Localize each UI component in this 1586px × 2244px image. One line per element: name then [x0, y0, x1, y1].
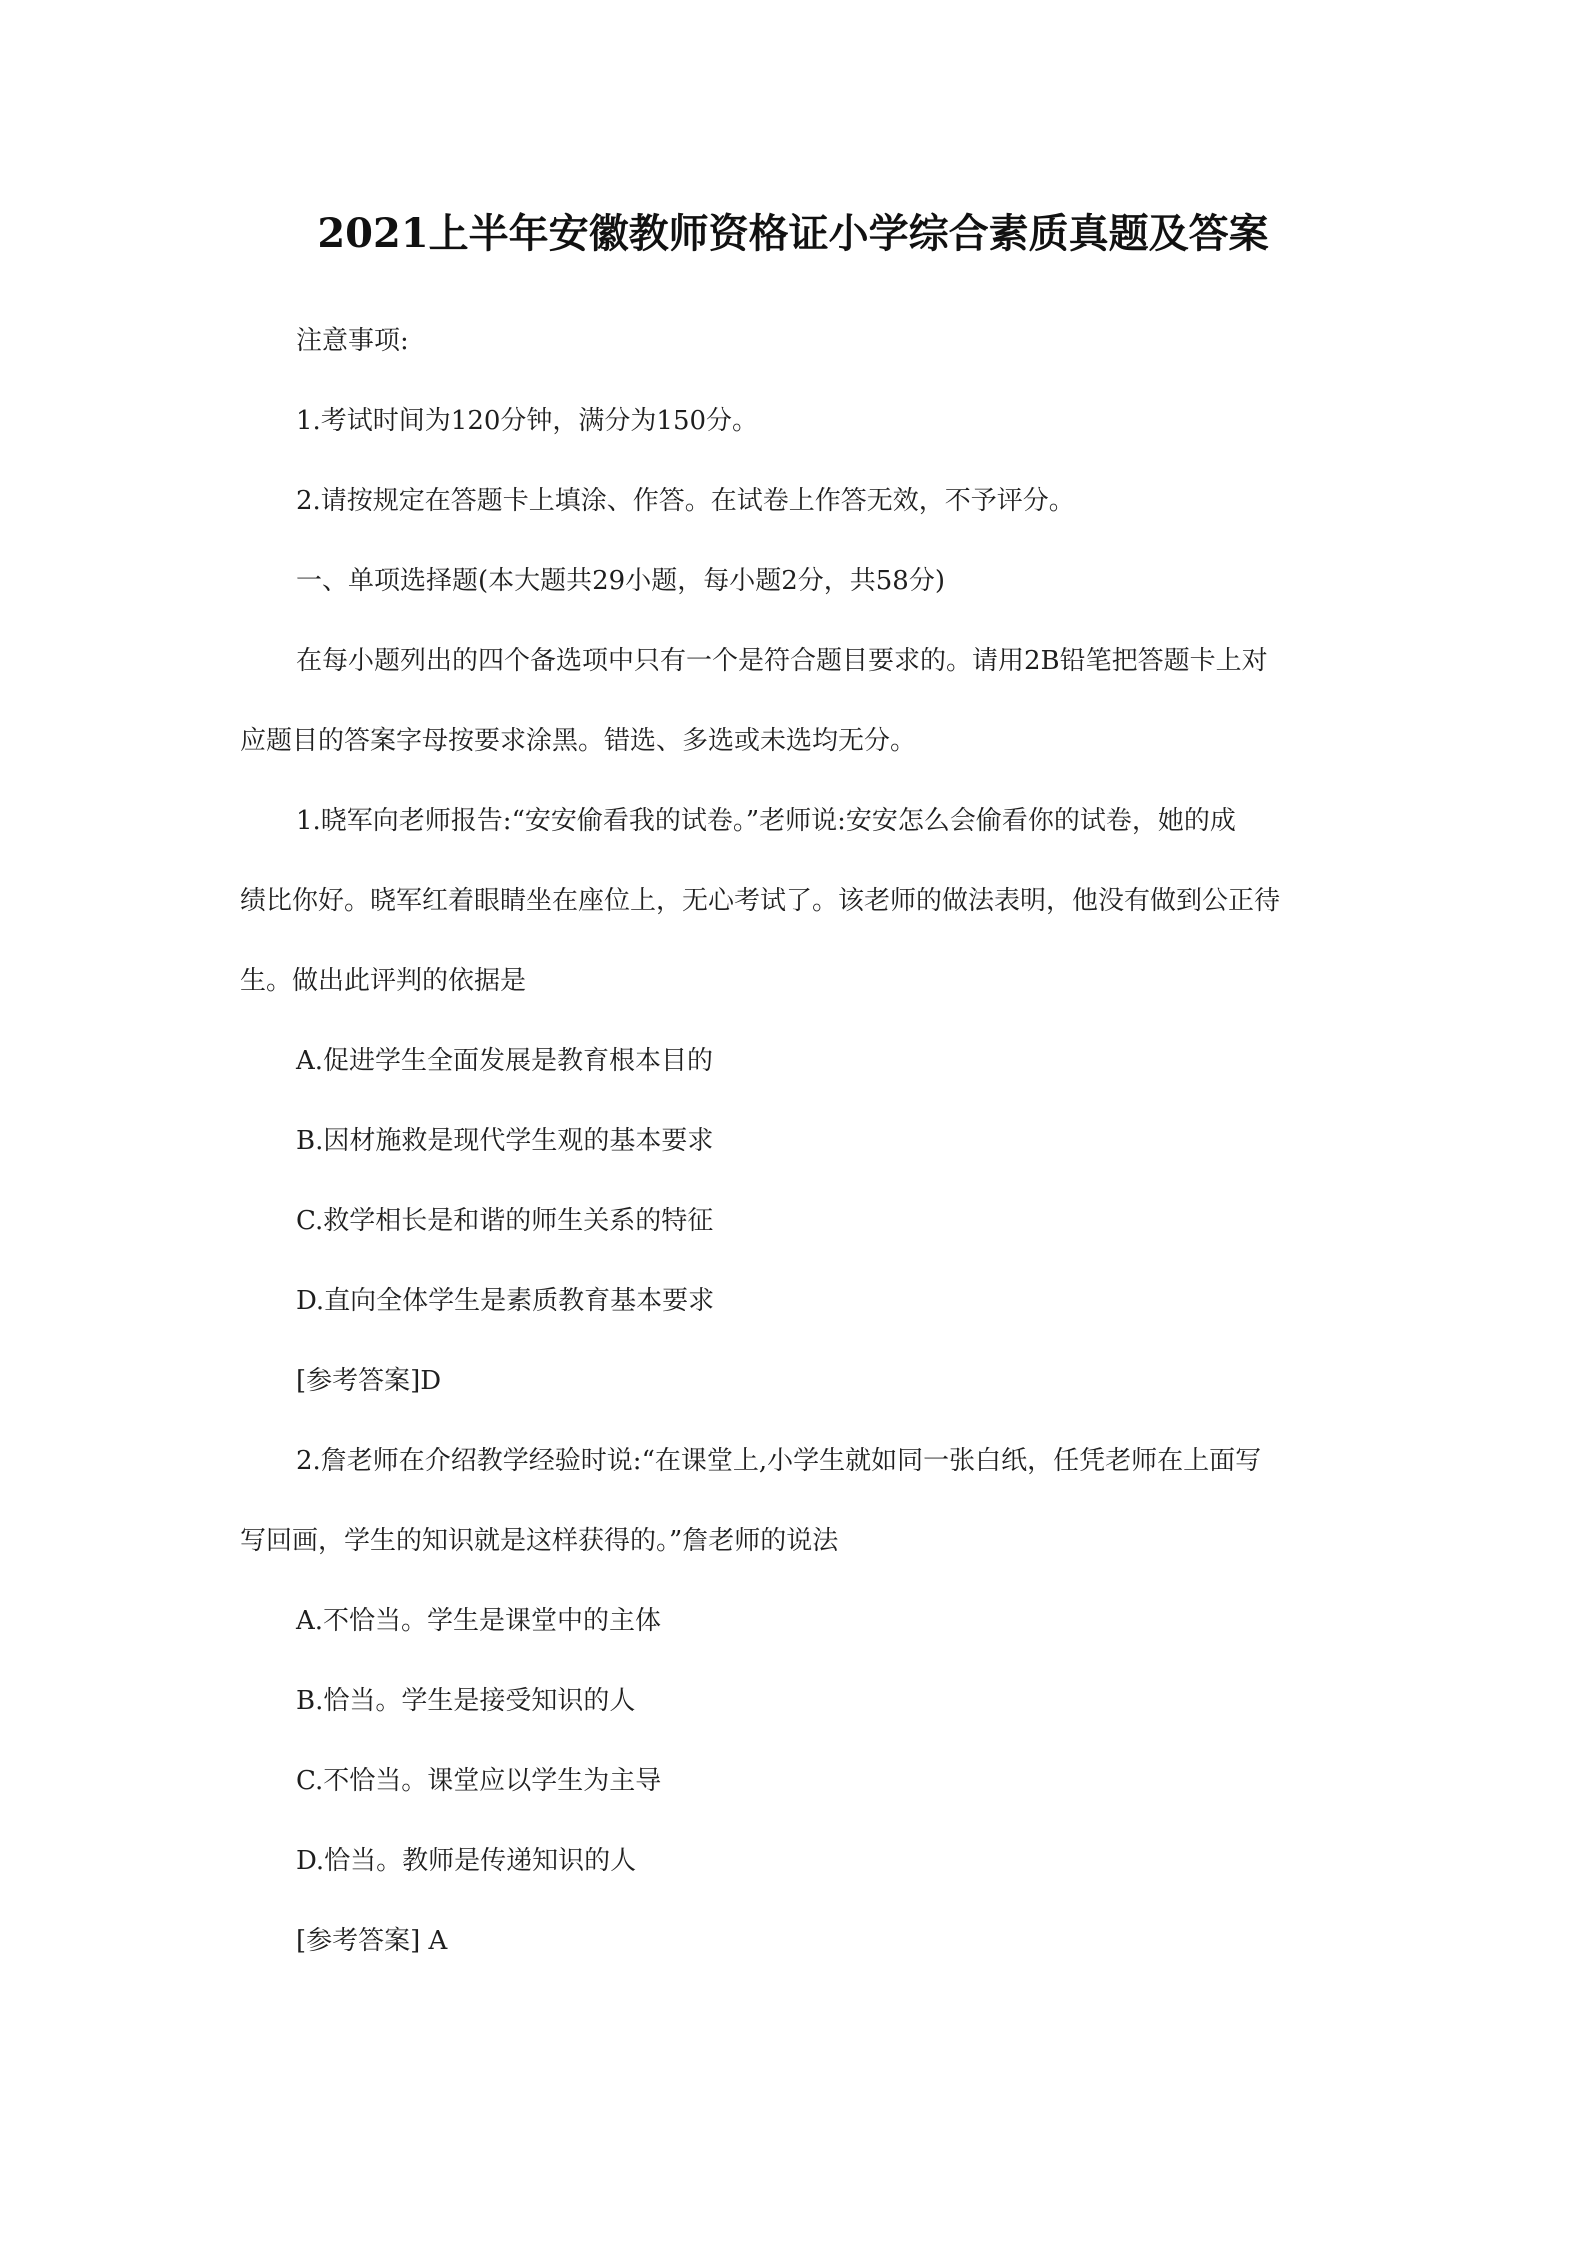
question-option: D.恰当。教师是传递知识的人 [296, 1843, 636, 1879]
question-answer: [参考答案]D [296, 1363, 441, 1399]
question-answer: [参考答案] A [296, 1923, 447, 1959]
question-stem: 1.晓军向老师报告:“安安偷看我的试卷。”老师说:安安怎么会偷看你的试卷，她的成 [296, 803, 1236, 839]
question-option: B.恰当。学生是接受知识的人 [296, 1683, 635, 1719]
question-option: C.救学相长是和谐的师生关系的特征 [296, 1203, 713, 1239]
document-title: 2021上半年安徽教师资格证小学综合素质真题及答案 [0, 206, 1586, 262]
document-page: 2021上半年安徽教师资格证小学综合素质真题及答案 注意事项: 1.考试时间为1… [0, 0, 1586, 2244]
question-stem: 写回画，学生的知识就是这样获得的。”詹老师的说法 [240, 1523, 838, 1559]
question-option: C.不恰当。课堂应以学生为主导 [296, 1763, 661, 1799]
question-stem: 2.詹老师在介绍教学经验时说:“在课堂上,小学生就如同一张白纸，任凭老师在上面写 [296, 1443, 1261, 1479]
question-stem: 生。做出此评判的依据是 [240, 963, 526, 999]
question-stem: 绩比你好。晓军红着眼睛坐在座位上，无心考试了。该老师的做法表明，他没有做到公正待 [240, 883, 1280, 919]
question-option: B.因材施救是现代学生观的基本要求 [296, 1123, 713, 1159]
question-option: D.直向全体学生是素质教育基本要求 [296, 1283, 714, 1319]
question-option: A.不恰当。学生是课堂中的主体 [296, 1603, 661, 1639]
question-option: A.促进学生全面发展是教育根本目的 [296, 1043, 713, 1079]
notice-item: 1.考试时间为120分钟，满分为150分。 [296, 403, 758, 439]
notice-item: 2.请按规定在答题卡上填涂、作答。在试卷上作答无效，不予评分。 [296, 483, 1075, 519]
section-heading: 一、单项选择题(本大题共29小题，每小题2分，共58分) [296, 563, 945, 599]
section-instructions: 应题目的答案字母按要求涂黑。错选、多选或未选均无分。 [240, 723, 916, 759]
section-instructions: 在每小题列出的四个备选项中只有一个是符合题目要求的。请用2B铅笔把答题卡上对 [296, 643, 1268, 679]
notice-heading: 注意事项: [296, 323, 409, 359]
